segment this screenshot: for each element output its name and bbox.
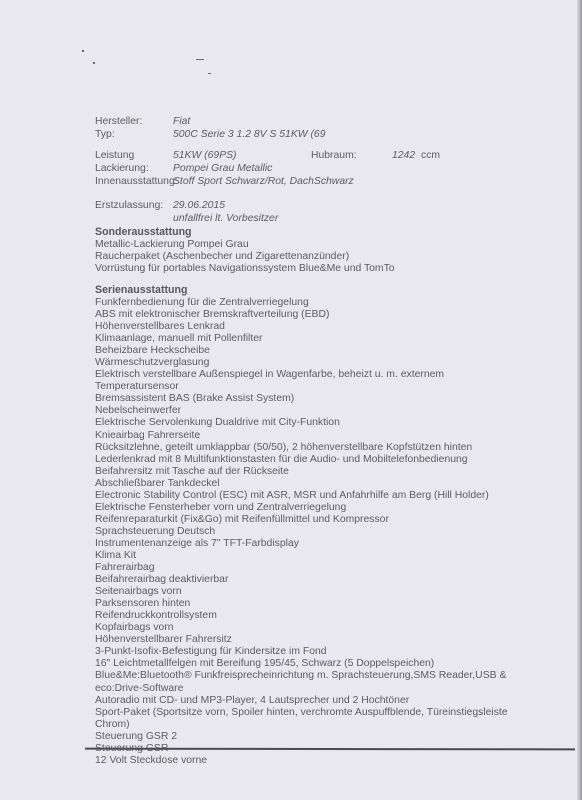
list-item: Raucherpaket (Aschenbecher und Zigarette… — [95, 251, 395, 263]
scanned-document-page: Hersteller: Fiat Typ: 500C Serie 3 1.2 8… — [0, 0, 582, 800]
serienausstattung-list: Funkfernbedienung für die Zentralverrieg… — [95, 297, 508, 767]
list-item: Abschließbarer Tankdeckel — [95, 478, 508, 490]
list-item: Beheizbare Heckscheibe — [95, 345, 508, 357]
list-item: Elektrische Servolenkung Dualdrive mit C… — [95, 417, 508, 429]
list-item: ABS mit elektronischer Bremskraftverteil… — [95, 309, 508, 321]
list-item: Seitenairbags vorn — [95, 586, 508, 598]
label-leistung: Leistung — [95, 150, 134, 162]
list-item: Autoradio mit CD- und MP3-Player, 4 Laut… — [95, 695, 508, 707]
list-item: Reifendruckkontrollsystem — [95, 610, 508, 622]
scan-speck — [196, 59, 204, 60]
value-hersteller: Fiat — [173, 116, 190, 128]
value-lackierung: Pompei Grau Metallic — [173, 163, 272, 175]
list-item: Blue&Me:Bluetooth® Funkfreisprecheinrich… — [95, 670, 508, 682]
list-item: 3-Punkt-Isofix-Befestigung für Kindersit… — [95, 646, 508, 658]
list-item: Klimaanlage, manuell mit Pollenfilter — [95, 333, 508, 345]
list-item: Steuerung GSR 2 — [95, 731, 508, 743]
list-item: Elektrisch verstellbare Außenspiegel in … — [95, 369, 508, 381]
list-item: 12 Volt Steckdose vorne — [95, 755, 508, 767]
list-item: Nebelscheinwerfer — [95, 405, 508, 417]
label-hubraum: Hubraum: — [311, 150, 357, 162]
list-item: Sprachsteuerung Deutsch — [95, 526, 508, 538]
value-hubraum: 1242 — [392, 150, 415, 162]
list-item: Fahrerairbag — [95, 562, 508, 574]
unit-hubraum: ccm — [421, 150, 440, 162]
scan-speck — [93, 62, 95, 64]
list-item: Parksensoren hinten — [95, 598, 508, 610]
list-item: Funkfernbedienung für die Zentralverrieg… — [95, 297, 508, 309]
heading-sonderausstattung: Sonderausstattung — [95, 226, 192, 238]
list-item: Elektrische Fensterheber vorn und Zentra… — [95, 502, 508, 514]
list-item: Sport-Paket (Sportsitze vorn, Spoiler hi… — [95, 707, 508, 719]
scan-speck — [82, 50, 84, 52]
list-item: Beifahrersitz mit Tasche auf der Rücksei… — [95, 466, 508, 478]
list-item: eco:Drive-Software — [95, 683, 508, 695]
list-item: Vorrüstung für portables Navigationssyst… — [95, 263, 395, 275]
list-item: Metallic-Lackierung Pompei Grau — [95, 239, 395, 251]
list-item: Chrom) — [95, 719, 508, 731]
list-item: Rücksitzlehne, geteilt umklappbar (50/50… — [95, 442, 508, 454]
list-item: Reifenreparaturkit (Fix&Go) mit Reifenfü… — [95, 514, 508, 526]
value-typ: 500C Serie 3 1.2 8V S 51KW (69 — [173, 129, 325, 141]
page-edge-shadow — [577, 0, 582, 800]
note-unfallfrei: unfallfrei lt. Vorbesitzer — [173, 213, 278, 225]
list-item: Knieairbag Fahrerseite — [95, 430, 508, 442]
list-item: Klima Kit — [95, 550, 508, 562]
list-item: Wärmeschutzverglasung — [95, 357, 508, 369]
list-item: Bremsassistent BAS (Brake Assist System) — [95, 393, 508, 405]
scan-speck — [208, 73, 211, 74]
list-item: Lederlenkrad mit 8 Multifunktionstasten … — [95, 454, 508, 466]
label-typ: Typ: — [95, 129, 115, 141]
list-item: Instrumentenanzeige als 7" TFT-Farbdispl… — [95, 538, 508, 550]
value-erstzulassung: 29.06.2015 — [173, 200, 225, 212]
list-item: Höhenverstellbares Lenkrad — [95, 321, 508, 333]
list-item: 16" Leichtmetallfelgen mit Bereifung 195… — [95, 658, 508, 670]
list-item: Electronic Stability Control (ESC) mit A… — [95, 490, 508, 502]
label-erstzulassung: Erstzulassung: — [95, 200, 163, 212]
heading-serienausstattung: Serienausstattung — [95, 284, 187, 296]
list-item: Höhenverstellbarer Fahrersitz — [95, 634, 508, 646]
value-innenausstattung: Stoff Sport Schwarz/Rot, DachSchwarz — [173, 176, 354, 188]
value-leistung: 51KW (69PS) — [173, 150, 237, 162]
list-item: Beifahrerairbag deaktivierbar — [95, 574, 508, 586]
sonderausstattung-list: Metallic-Lackierung Pompei GrauRaucherpa… — [95, 239, 395, 275]
list-item: Temperatursensor — [95, 381, 508, 393]
label-innenausstattung: Innenausstattung: — [95, 176, 178, 188]
label-hersteller: Hersteller: — [95, 116, 142, 128]
label-lackierung: Lackierung: — [95, 163, 149, 175]
list-item: Kopfairbags vorn — [95, 622, 508, 634]
